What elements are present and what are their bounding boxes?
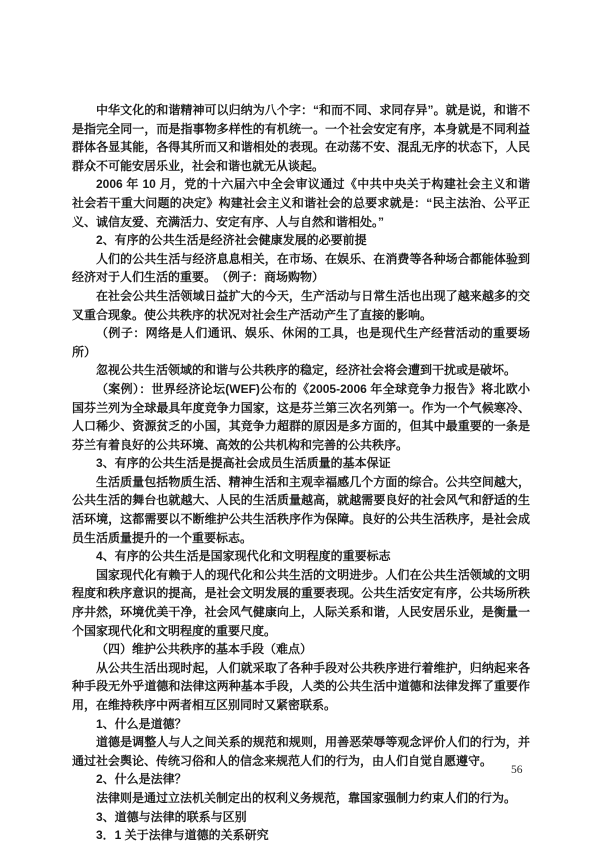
- paragraph: （例子：网络是人们通讯、娱乐、休闲的工具，也是现代生产经营活动的重要场所）: [72, 324, 530, 361]
- paragraph: 4、有序的公共生活是国家现代化和文明程度的重要标志: [72, 547, 530, 566]
- paragraph: 在社会公共生活领域日益扩大的今天，生产活动与日常生活也出现了越来越多的交叉重合现…: [72, 287, 530, 324]
- paragraph: 法律则是通过立法机关制定出的权利义务规范，靠国家强制力约束人们的行为。: [72, 789, 530, 808]
- paragraph: 2006 年 10 月，党的十六届六中全会审议通过《中共中央关于构建社会主义和谐…: [72, 175, 530, 231]
- paragraph: 3、道德与法律的联系与区别: [72, 808, 530, 827]
- paragraph: 国家现代化有赖于人的现代化和公共生活的文明进步。人们在公共生活领域的文明程度和秩…: [72, 566, 530, 640]
- paragraph: 中华文化的和谐精神可以归纳为八个字：“和而不同、求同存异”。就是说，和谐不是指完…: [72, 101, 530, 175]
- paragraph: 1、什么是道德？: [72, 715, 530, 734]
- paragraph: 道德是调整人与人之间关系的规范和规则，用善恶荣辱等观念评价人们的行为，并通过社会…: [72, 733, 530, 770]
- paragraph: 生活质量包括物质生活、精神生活和主观幸福感几个方面的综合。公共空间越大，公共生活…: [72, 473, 530, 547]
- body-text: 中华文化的和谐精神可以归纳为八个字：“和而不同、求同存异”。就是说，和谐不是指完…: [72, 101, 530, 845]
- paragraph: （四）维护公共秩序的基本手段（难点）: [72, 640, 530, 659]
- paragraph: （案例）：世界经济论坛(WEF)公布的《2005-2006 年全球竞争力报告》将…: [72, 380, 530, 454]
- paragraph: 2、什么是法律？: [72, 770, 530, 789]
- paragraph: 忽视公共生活领域的和谐与公共秩序的稳定，经济社会将会遭到干扰或是破坏。: [72, 361, 530, 380]
- paragraph: 从公共生活出现时起，人们就采取了各种手段对公共秩序进行着维护，归纳起来各种手段无…: [72, 659, 530, 715]
- paragraph: 3、有序的公共生活是提高社会成员生活质量的基本保证: [72, 454, 530, 473]
- paragraph: 2、有序的公共生活是经济社会健康发展的必要前提: [72, 231, 530, 250]
- paragraph: 3．1 关于法律与道德的关系研究: [72, 826, 530, 845]
- document-page: 中华文化的和谐精神可以归纳为八个字：“和而不同、求同存异”。就是说，和谐不是指完…: [0, 0, 600, 849]
- page-number: 56: [511, 764, 523, 776]
- paragraph: 人们的公共生活与经济息息相关，在市场、在娱乐、在消费等各种场合都能体验到经济对于…: [72, 250, 530, 287]
